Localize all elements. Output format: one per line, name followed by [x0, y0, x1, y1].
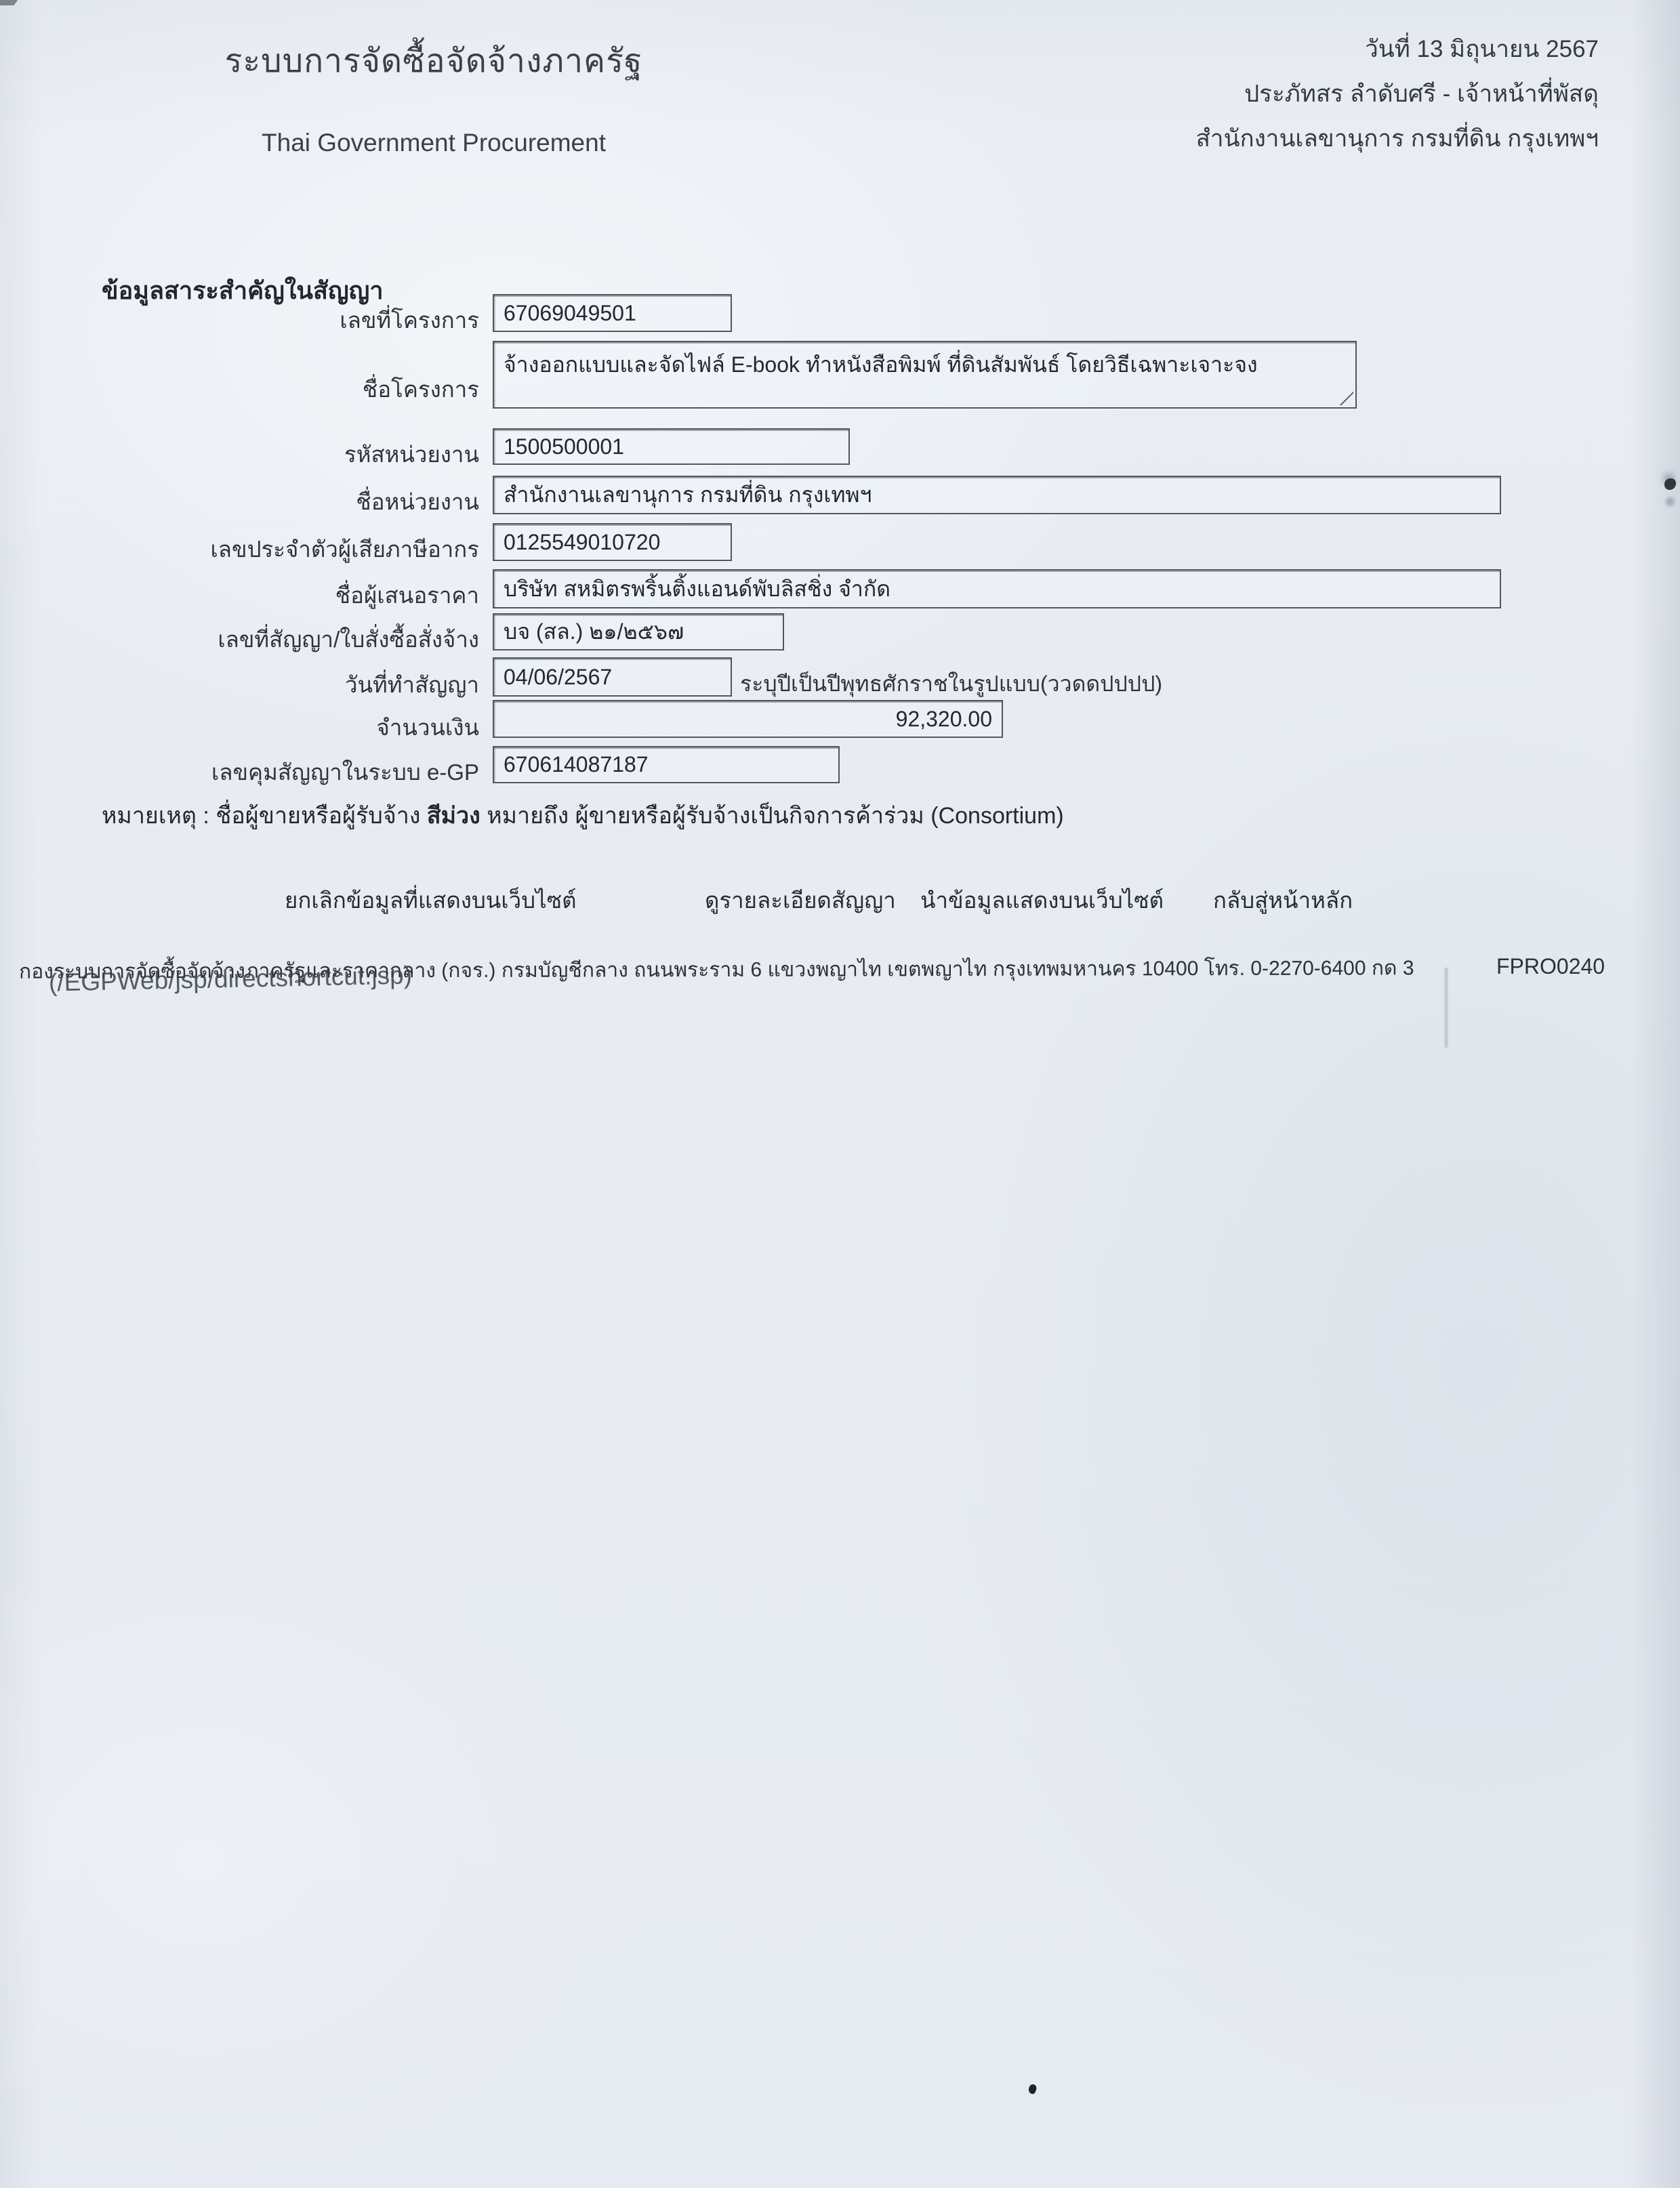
egp-control-number-input[interactable]: 670614087187 [493, 746, 840, 783]
department-code-input[interactable]: 1500500001 [493, 428, 850, 465]
note-suffix: หมายถึง ผู้ขายหรือผู้รับจ้างเป็นกิจการค้… [480, 803, 1064, 829]
bidder-name-input[interactable]: บริษัท สหมิตรพริ้นติ้งแอนด์พับลิสชิ่ง จำ… [493, 569, 1501, 608]
publish-website-data-button[interactable]: นำข้อมูลแสดงบนเว็บไซต์ [920, 882, 1164, 918]
taxpayer-id-label: เลขประจำตัวผู้เสียภาษีอากร [0, 531, 479, 567]
back-to-home-button[interactable]: กลับสู่หน้าหลัก [1213, 882, 1353, 918]
contract-date-label: วันที่ทำสัญญา [0, 667, 479, 703]
contract-number-input[interactable]: บจ (สล.) ๒๑/๒๕๖๗ [493, 613, 784, 651]
project-number-input[interactable]: 67069049501 [493, 294, 732, 332]
amount-label: จำนวนเงิน [0, 709, 479, 745]
contract-date-input[interactable]: 04/06/2567 [493, 657, 732, 697]
paper-crease [1443, 968, 1449, 1048]
bidder-name-label: ชื่อผู้เสนอราคา [0, 577, 479, 613]
department-code-value: 1500500001 [504, 434, 624, 459]
form-code: FPRO0240 [1496, 954, 1605, 979]
app-title-thai: ระบบการจัดซื้อจัดจ้างภาครัฐ [122, 35, 745, 87]
department-name-input[interactable]: สำนักงานเลขานุการ กรมที่ดิน กรุงเทพฯ [493, 476, 1501, 514]
ink-speck-bottom [1027, 2084, 1038, 2095]
app-title-english: Thai Government Procurement [122, 129, 745, 157]
project-number-value: 67069049501 [504, 301, 636, 326]
amount-input[interactable]: 92,320.00 [493, 700, 1003, 738]
contract-date-format-hint: ระบุปีเป็นปีพุทธศักราชในรูปแบบ(ววดดปปปป) [740, 667, 1162, 701]
project-name-value: จ้างออกแบบและจัดไฟล์ E-book ทำหนังสือพิม… [504, 348, 1258, 382]
note-prefix: หมายเหตุ : ชื่อผู้ขายหรือผู้รับจ้าง [102, 803, 427, 829]
project-name-textarea[interactable]: จ้างออกแบบและจัดไฟล์ E-book ทำหนังสือพิม… [493, 341, 1357, 409]
session-info: วันที่ 13 มิถุนายน 2567 ประภัทสร ลำดับศร… [1196, 27, 1599, 161]
textarea-resize-handle[interactable] [1338, 390, 1353, 405]
user-name-role: ประภัทสร ลำดับศรี - เจ้าหน้าที่พัสดุ [1196, 72, 1599, 117]
department-name-label: ชื่อหน่วยงาน [0, 484, 479, 520]
note-purple-word: สีม่วง [427, 803, 480, 829]
print-date: วันที่ 13 มิถุนายน 2567 [1196, 27, 1599, 72]
taxpayer-id-value: 0125549010720 [504, 530, 660, 555]
app-header: ระบบการจัดซื้อจัดจ้างภาครัฐ Thai Governm… [122, 35, 745, 157]
consortium-note: หมายเหตุ : ชื่อผู้ขายหรือผู้รับจ้าง สีม่… [102, 797, 1064, 833]
department-code-label: รหัสหน่วยงาน [0, 436, 479, 472]
project-number-label: เลขที่โครงการ [0, 302, 479, 338]
ink-speck-right [1664, 478, 1676, 490]
department-name-value: สำนักงานเลขานุการ กรมที่ดิน กรุงเทพฯ [504, 478, 872, 512]
project-name-label: ชื่อโครงการ [0, 371, 479, 407]
bidder-name-value: บริษัท สหมิตรพริ้นติ้งแอนด์พับลิสชิ่ง จำ… [504, 572, 890, 606]
scanned-page: ระบบการจัดซื้อจัดจ้างภาครัฐ Thai Governm… [0, 0, 1680, 2188]
cancel-website-data-button[interactable]: ยกเลิกข้อมูลที่แสดงบนเว็บไซต์ [285, 882, 577, 918]
contract-date-value: 04/06/2567 [504, 665, 612, 690]
user-organization: สำนักงานเลขานุการ กรมที่ดิน กรุงเทพฯ [1196, 117, 1599, 161]
egp-control-number-value: 670614087187 [504, 752, 649, 777]
view-contract-detail-button[interactable]: ดูรายละเอียดสัญญา [705, 882, 896, 918]
amount-value: 92,320.00 [896, 707, 992, 732]
scan-corner-mark [0, 0, 19, 5]
contract-number-label: เลขที่สัญญา/ใบสั่งซื้อสั่งจ้าง [0, 621, 479, 657]
taxpayer-id-input[interactable]: 0125549010720 [493, 523, 732, 561]
contract-number-value: บจ (สล.) ๒๑/๒๕๖๗ [504, 615, 684, 649]
egp-control-number-label: เลขคุมสัญญาในระบบ e-GP [0, 754, 479, 790]
